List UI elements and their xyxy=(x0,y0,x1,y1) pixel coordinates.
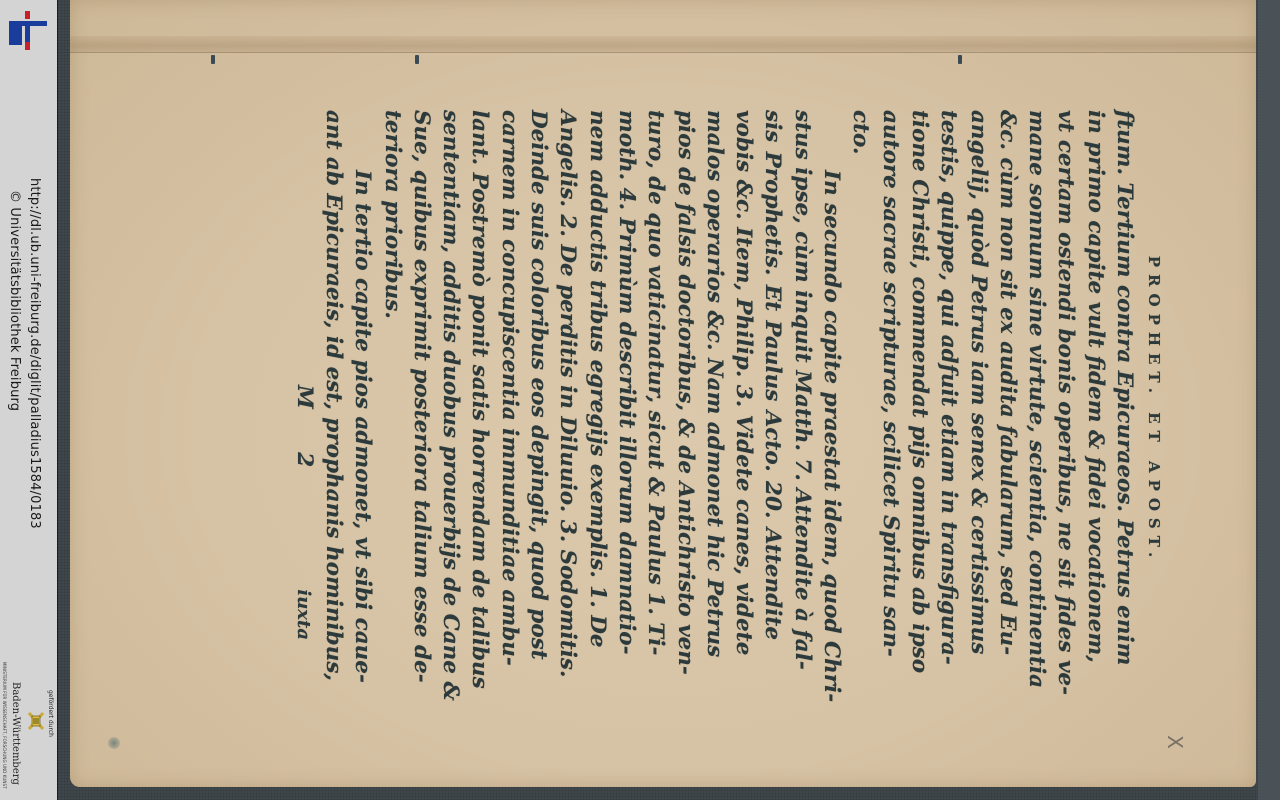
logo-red-mark-top xyxy=(25,11,30,19)
binding-stitch xyxy=(211,55,215,64)
pencil-mark: X xyxy=(1163,735,1187,749)
funding-ministry: MINISTERIUM FÜR WISSENSCHAFT, FORSCHUNG … xyxy=(2,662,7,789)
text-line: In secundo capite praestat idem, quod Ch… xyxy=(817,110,846,640)
text-line: In tertio capite pios admonet, vt sibi c… xyxy=(348,110,377,640)
text-line: pios de falsis doctoribus, & de Antichri… xyxy=(670,110,699,640)
binding-stitch xyxy=(958,55,962,64)
text-line: &c. cùm non sit ex audita fabularum, sed… xyxy=(993,110,1022,640)
text-line: sententiam, additis duobus prouerbijs de… xyxy=(436,110,465,640)
text-line: stus ipse, cùm inquit Matth. 7. Attendit… xyxy=(787,110,816,640)
text-line: Angelis. 2. De perditis in Diluuio. 3. S… xyxy=(553,110,582,640)
text-line: ftum. Tertium contra Epicuraeos. Petrus … xyxy=(1110,110,1139,640)
text-line: vt certam ostendi bonis operibus, ne sit… xyxy=(1051,110,1080,640)
text-line: angelij, quòd Petrus iam senex & certiss… xyxy=(963,110,992,640)
logo-blue-stem xyxy=(25,22,30,42)
printed-text-block: PROPHET. ET APOST. ftum. Tertium contra … xyxy=(289,110,1168,640)
ink-smudge xyxy=(108,737,120,749)
text-line: autore sacrae scripturae, scilicet Spiri… xyxy=(875,110,904,640)
text-line: carnem in concupiscentia immunditiae amb… xyxy=(494,110,523,640)
text-line: tione Christi, commendat pijs omnibus ab… xyxy=(905,110,934,640)
text-line: testis, quippe, qui adfuit etiam in tran… xyxy=(934,110,963,640)
text-line: mane sonnum sine virtute, scientia, cont… xyxy=(1022,110,1051,640)
text-line: sis Prophetis. Et Paulus Acto. 20. Atten… xyxy=(758,110,787,640)
library-sidebar: http://dl.ub.uni-freiburg.de/diglit/pall… xyxy=(0,0,58,800)
baden-wuerttemberg-crest-icon xyxy=(27,710,45,732)
ub-freiburg-logo-icon[interactable] xyxy=(6,10,48,50)
copyright-notice: © Universitätsbibliothek Freiburg xyxy=(7,190,22,411)
logo-blue-block xyxy=(9,23,22,45)
text-line: ant ab Epicuraeis, id est, prophanis hom… xyxy=(319,110,348,640)
funding-label: gefördert durch xyxy=(47,690,54,737)
text-line: moth. 4. Primùm describit illorum damnat… xyxy=(612,110,641,640)
funding-state: Baden-Württemberg xyxy=(10,682,21,785)
text-line: teriora prioribus. xyxy=(377,110,406,640)
binding-fold xyxy=(70,36,1256,53)
text-line: Sue, quibus exprimit posteriora talium e… xyxy=(407,110,436,640)
permalink-url[interactable]: http://dl.ub.uni-freiburg.de/diglit/pall… xyxy=(27,178,42,529)
logo-red-mark-bottom xyxy=(25,42,30,50)
text-line: in primo capite vult fidem & fidei vocat… xyxy=(1080,110,1109,640)
binding-stitch xyxy=(415,55,419,64)
text-line: malos operarios &c. Nam admonet hic Petr… xyxy=(700,110,729,640)
text-line: lant. Postremò ponit satis horrendam de … xyxy=(465,110,494,640)
text-line: nem adductis tribus egregijs exemplis. 1… xyxy=(582,110,611,640)
running-header: PROPHET. ET APOST. xyxy=(1139,180,1168,640)
text-line: vobis &c. Item, Philip. 3. Videte canes,… xyxy=(729,110,758,640)
text-line: Deinde suis coloribus eos depingit, quod… xyxy=(524,110,553,640)
catchword: iuxta xyxy=(289,110,318,640)
text-line: turo, de quo vaticinatur, sicut & Paulus… xyxy=(641,110,670,640)
text-line: cto. xyxy=(846,110,875,640)
book-cover-edge xyxy=(1258,0,1280,800)
